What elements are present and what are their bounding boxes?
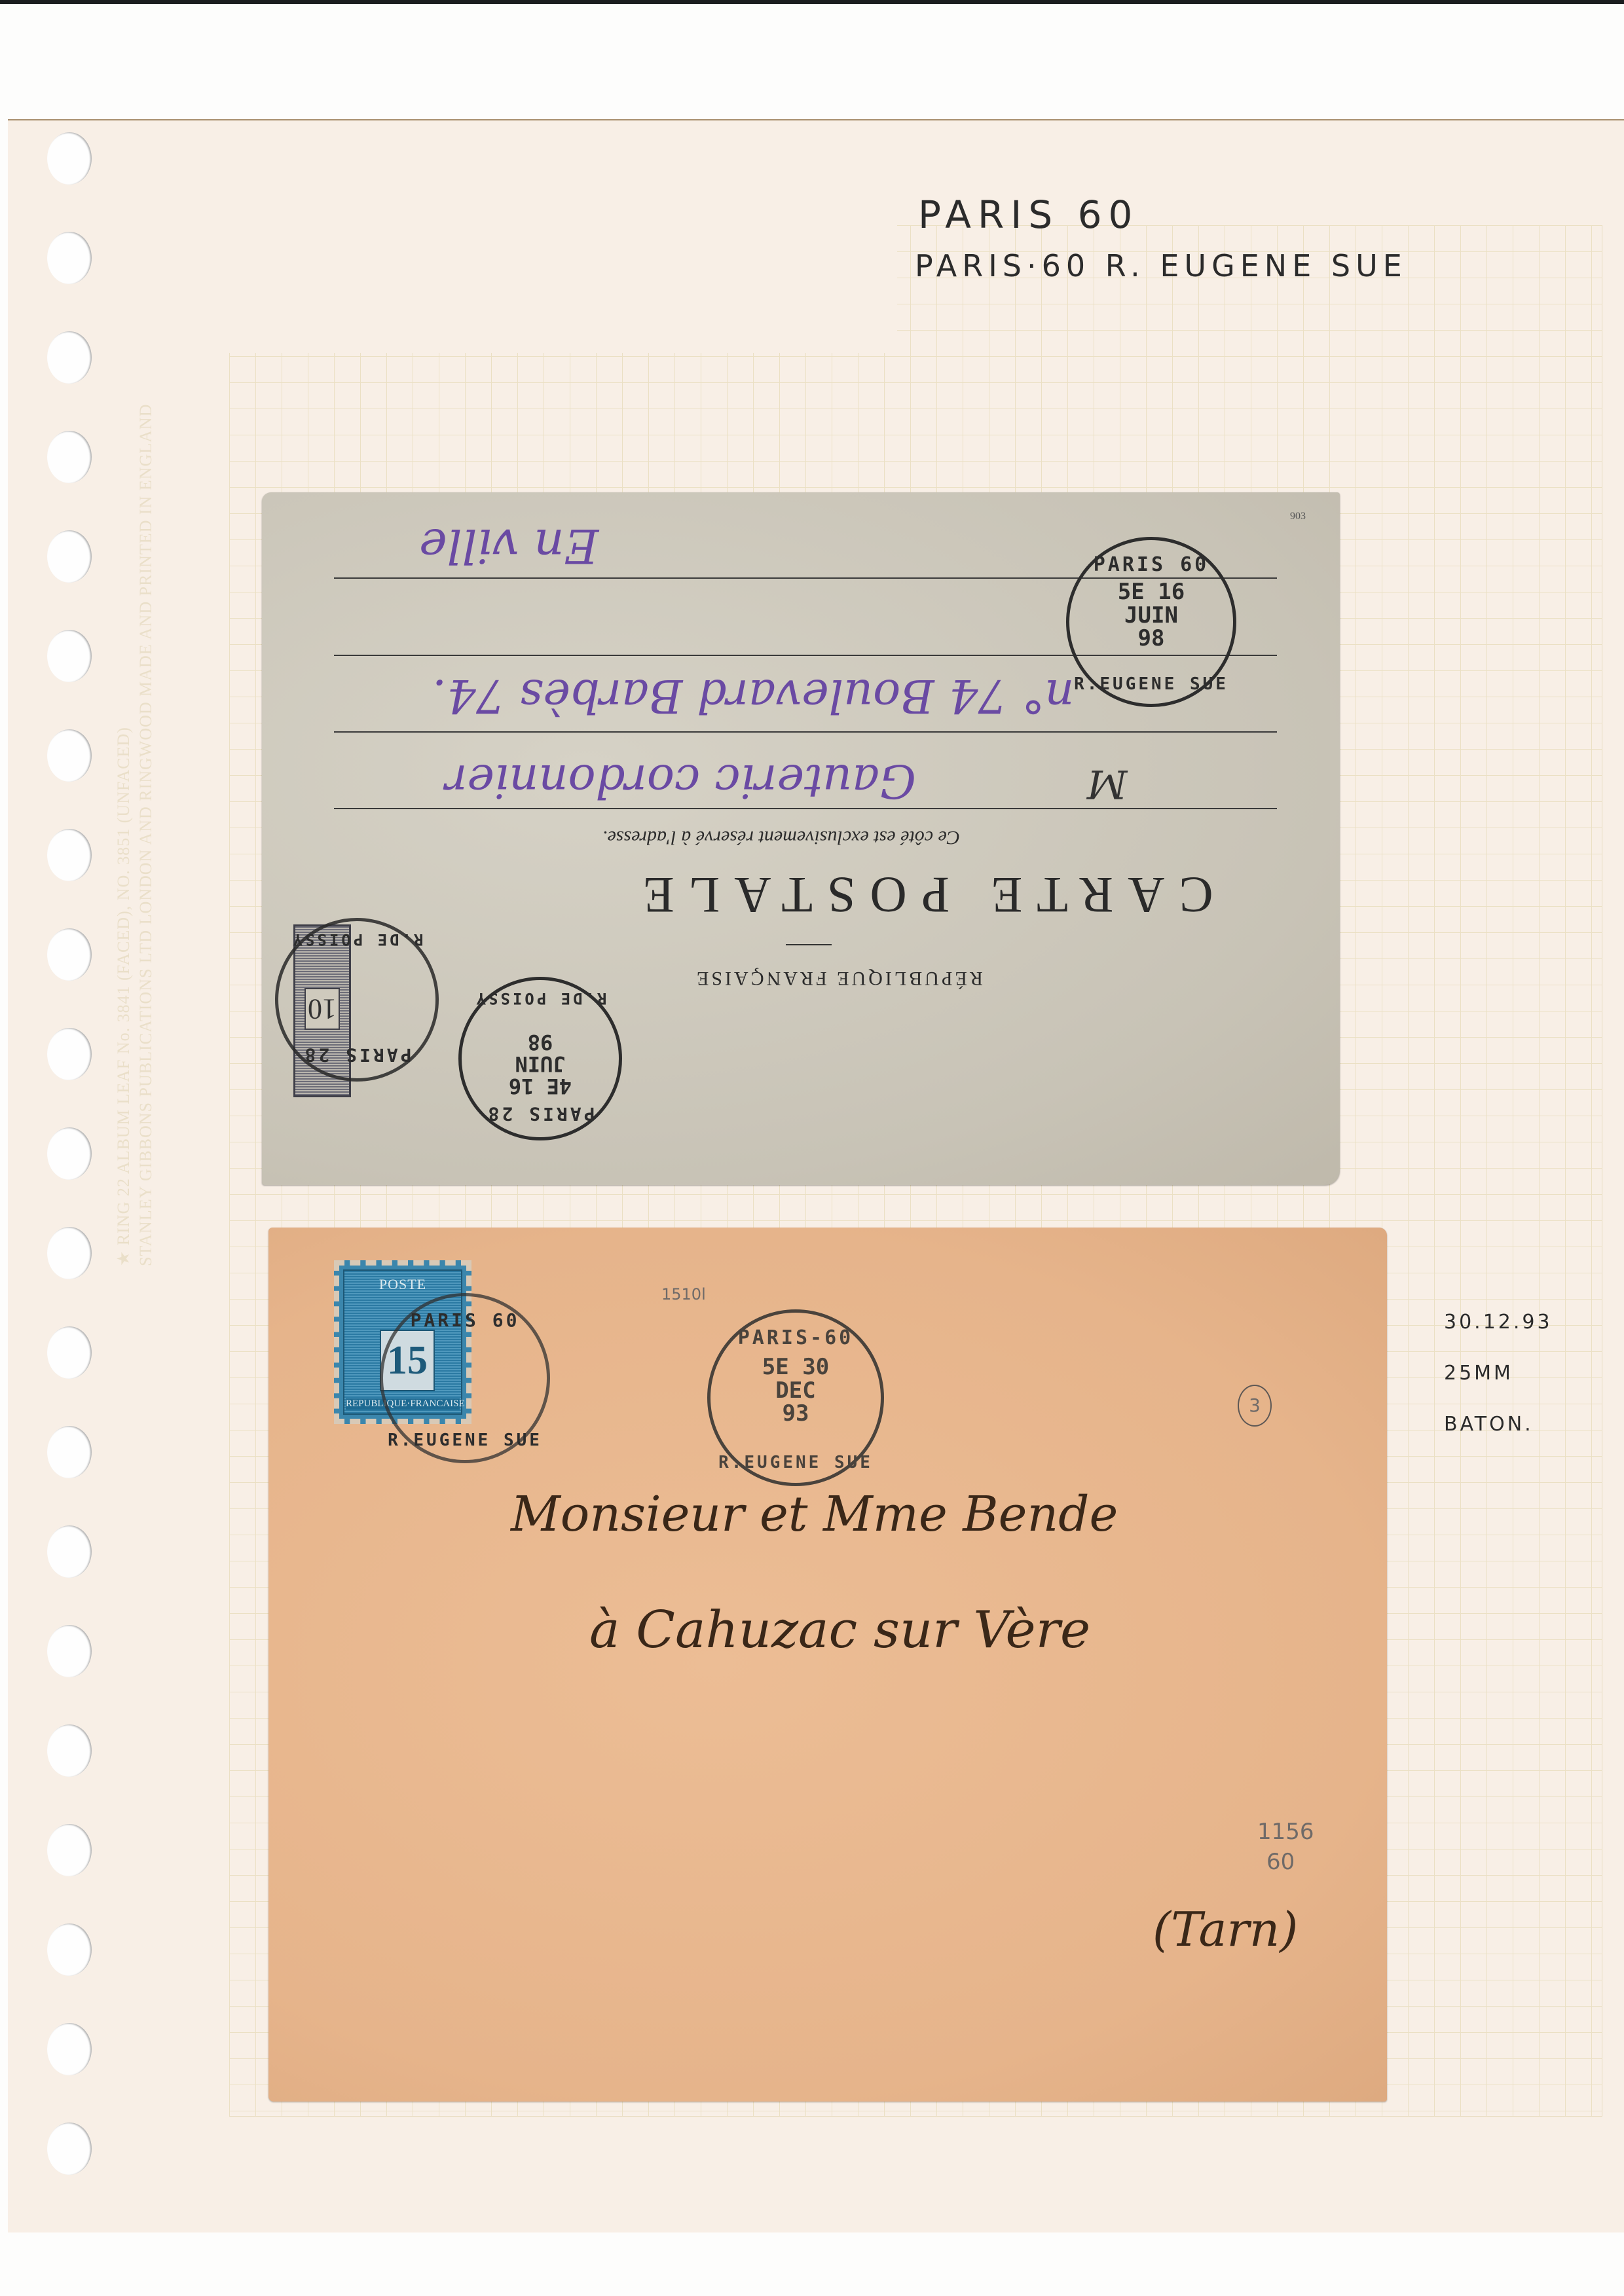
pencil-notes: 1156 60	[1257, 1817, 1314, 1877]
postmark-month: JUIN	[462, 1053, 619, 1075]
address-salutation: M	[1087, 761, 1127, 807]
binder-hole	[47, 729, 92, 782]
postmark-time: 4E	[547, 1074, 572, 1099]
postmark-time: 5E	[762, 1354, 789, 1380]
binder-hole	[47, 1625, 92, 1677]
stamp-top-label: POSTE	[344, 1276, 461, 1293]
postmark-time: 5E	[1118, 579, 1145, 605]
address-line	[334, 731, 1277, 733]
note-size: 25MM	[1444, 1362, 1553, 1413]
postmark-month: DEC	[710, 1379, 881, 1403]
page-subtitle: PARIS·60 R. EUGENE SUE	[915, 248, 1407, 283]
print-number: 903	[1290, 511, 1306, 522]
postcard: 903 En ville n° 74 Boulevard Barbès 74. …	[262, 492, 1340, 1185]
postmark-day: 30	[802, 1354, 829, 1380]
postmark-bottom: R.DE POISSY	[462, 989, 619, 1008]
address-line	[334, 808, 1277, 809]
address-department: (Tarn)	[1153, 1902, 1298, 1957]
envelope: POSTE 15 REPUBLIQUE·FRANCAISE PARIS 60 R…	[268, 1228, 1387, 2102]
postmark-year: 98	[462, 1030, 619, 1053]
binder-hole	[47, 1923, 92, 1976]
postmark-top: PARIS 28	[278, 1044, 435, 1066]
binder-hole	[47, 132, 92, 185]
postmark-day: 16	[1158, 579, 1185, 605]
postmark-bottom: R.EUGENE SUE	[710, 1453, 881, 1472]
postmark-top: PARIS 60	[383, 1309, 547, 1331]
binder-hole	[47, 431, 92, 483]
page-title: PARIS 60	[918, 192, 1139, 237]
postmark-day: 16	[509, 1074, 534, 1099]
binder-hole	[47, 1824, 92, 1876]
binder-hole	[47, 331, 92, 384]
note-date: 30.12.93	[1444, 1311, 1553, 1362]
binder-hole	[47, 2123, 92, 2175]
grid-mask	[229, 225, 897, 353]
address-notice: Ce côté est exclusivement réservé à l'ad…	[602, 826, 960, 848]
binder-holes	[8, 120, 126, 2232]
address-name: Gauteric cordonnier	[445, 754, 916, 808]
postmark-year: 98	[1069, 627, 1233, 651]
postmark-bottom: R.DE POISSY	[278, 930, 435, 949]
binder-hole	[47, 1028, 92, 1080]
binder-hole	[47, 1426, 92, 1478]
postmark-top: PARIS 28	[462, 1103, 619, 1125]
postmark-bottom: R.EUGENE SUE	[383, 1430, 547, 1450]
postmark-paris-60-card: PARIS 60 5E 16 JUIN 98 R.EUGENE SUE	[1066, 537, 1236, 707]
binder-hole	[47, 829, 92, 881]
address-street: n° 74 Boulevard Barbès 74.	[432, 669, 1074, 723]
circled-number: 3	[1238, 1385, 1272, 1427]
note-type: BATON.	[1444, 1413, 1553, 1464]
binder-hole	[47, 1724, 92, 1777]
address-recipient: Monsieur et Mme Bende	[511, 1486, 1118, 1542]
binder-hole	[47, 232, 92, 284]
postmark-on-stamp: PARIS 60 R.EUGENE SUE	[380, 1293, 550, 1463]
postmark-top: PARIS 60	[1069, 553, 1233, 576]
pencil-reference: 1510l	[661, 1285, 706, 1303]
side-notes: 30.12.93 25MM BATON.	[1444, 1311, 1553, 1464]
postmark-date: 5E 30 DEC 93	[710, 1356, 881, 1426]
republic-label: RÉPUBLIQUE FRANÇAISE	[694, 967, 983, 989]
binder-hole	[47, 1227, 92, 1279]
pencil-note: 60	[1257, 1847, 1314, 1877]
binder-hole	[47, 1127, 92, 1180]
binder-hole	[47, 1326, 92, 1379]
postmark-year: 93	[710, 1402, 881, 1426]
postmark-paris-28-b: PARIS 28 R.DE POISSY	[275, 918, 439, 1082]
binder-hole	[47, 1525, 92, 1578]
publisher-imprint: ★ RING 22 ALBUM LEAF No. 3841 (FACED), N…	[113, 404, 157, 1266]
imprint-line: ★ RING 22 ALBUM LEAF No. 3841 (FACED), N…	[113, 404, 135, 1266]
imprint-line: STANLEY GIBBONS PUBLICATIONS LTD LONDON …	[135, 404, 157, 1266]
card-title: CARTE POSTALE	[629, 866, 1213, 924]
binder-hole	[47, 928, 92, 981]
postmark-date: 5E 16 JUIN 98	[1069, 581, 1233, 651]
pencil-note: 1156	[1257, 1817, 1314, 1847]
postmark-top: PARIS-60	[710, 1326, 881, 1349]
binder-hole	[47, 630, 92, 682]
ornament-rule	[786, 944, 832, 945]
postmark-paris-60-envelope: PARIS-60 5E 30 DEC 93 R.EUGENE SUE	[707, 1309, 884, 1486]
scan-top-edge	[0, 0, 1624, 4]
address-city: En ville	[419, 519, 599, 574]
address-town: à Cahuzac sur Vère	[589, 1601, 1090, 1660]
postmark-month: JUIN	[1069, 604, 1233, 628]
postmark-date: 4E 16 JUIN 98	[462, 1030, 619, 1097]
binder-hole	[47, 530, 92, 583]
binder-hole	[47, 2023, 92, 2075]
postmark-paris-28-a: PARIS 28 4E 16 JUIN 98 R.DE POISSY	[458, 977, 622, 1140]
postmark-bottom: R.EUGENE SUE	[1069, 674, 1233, 694]
